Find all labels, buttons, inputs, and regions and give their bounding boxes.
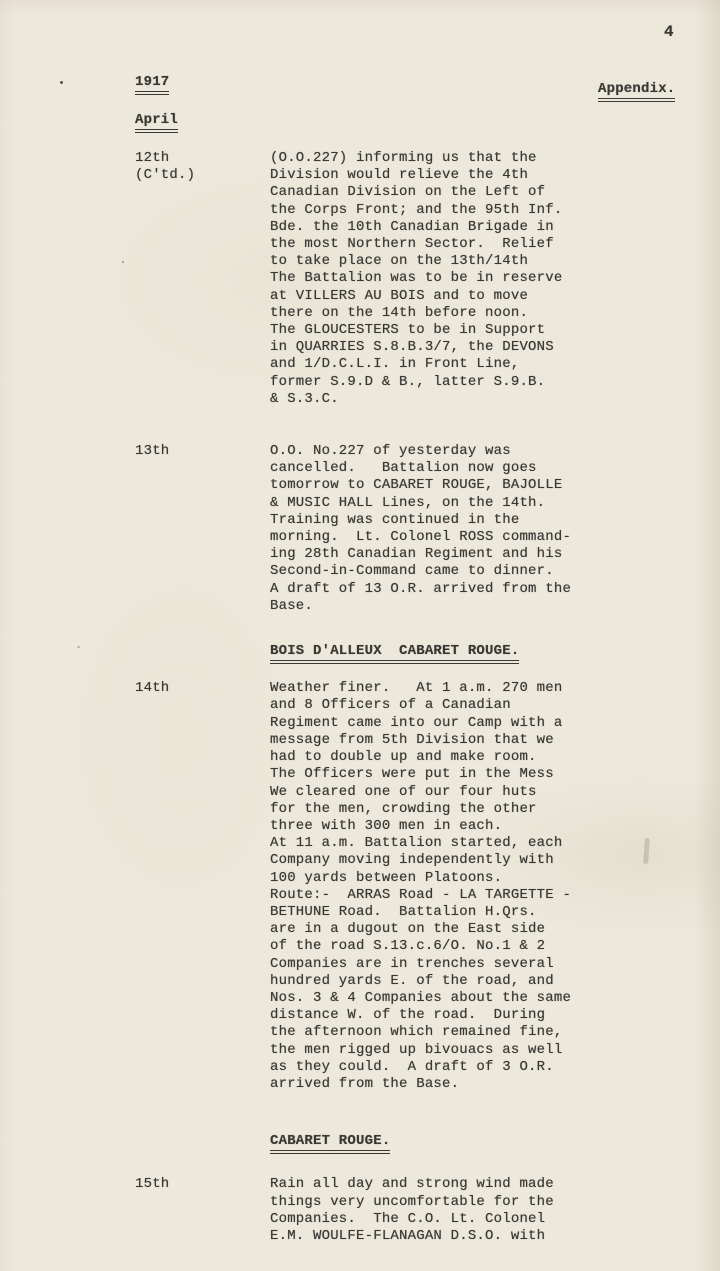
diary-page: 4 1917 Appendix. April 12th(C'td.) (O.O.…	[0, 0, 720, 1271]
diary-line: the Corps Front; and the 95th Inf.	[270, 202, 695, 219]
diary-line: Companies are in trenches several	[270, 956, 695, 973]
diary-line: Regiment came into our Camp with a	[270, 715, 695, 732]
entry-date-line: (C'td.)	[135, 167, 270, 184]
diary-line: there on the 14th before noon.	[270, 305, 695, 322]
diary-line: Second-in-Command came to dinner.	[270, 563, 695, 580]
diary-line: Route:- ARRAS Road - LA TARGETTE -	[270, 887, 695, 904]
diary-entry: 12th(C'td.) (O.O.227) informing us that …	[135, 150, 695, 408]
entry-date: 12th(C'td.)	[135, 150, 270, 184]
diary-line: At 11 a.m. Battalion started, each	[270, 835, 695, 852]
entry-text: Rain all day and strong wind madethings …	[270, 1176, 695, 1245]
year-label: 1917	[135, 74, 169, 95]
diary-line: at VILLERS AU BOIS and to move	[270, 288, 695, 305]
entry-date-line: 13th	[135, 443, 270, 460]
diary-line: The Officers were put in the Mess	[270, 766, 695, 783]
section-heading-block: CABARET ROUGE.	[135, 1131, 695, 1154]
diary-line: in QUARRIES S.8.B.3/7, the DEVONS	[270, 339, 695, 356]
diary-line: (O.O.227) informing us that the	[270, 150, 695, 167]
diary-line: tomorrow to CABARET ROUGE, BAJOLLE	[270, 477, 695, 494]
entry-date: 13th	[135, 443, 270, 460]
diary-line: Rain all day and strong wind made	[270, 1176, 695, 1193]
diary-line: Base.	[270, 598, 695, 615]
diary-line: Companies. The C.O. Lt. Colonel	[270, 1211, 695, 1228]
paper-speck	[60, 81, 63, 84]
entry-date-line: 15th	[135, 1176, 270, 1193]
diary-line: former S.9.D & B., latter S.9.B.	[270, 374, 695, 391]
diary-line: had to double up and make room.	[270, 749, 695, 766]
section-heading: CABARET ROUGE.	[270, 1133, 390, 1154]
diary-line: of the road S.13.c.6/O. No.1 & 2	[270, 938, 695, 955]
diary-entry: 14th Weather finer. At 1 a.m. 270 menand…	[135, 680, 695, 1093]
diary-line: morning. Lt. Colonel ROSS command-	[270, 529, 695, 546]
diary-line: Bde. the 10th Canadian Brigade in	[270, 219, 695, 236]
diary-line: O.O. No.227 of yesterday was	[270, 443, 695, 460]
diary-line: Nos. 3 & 4 Companies about the same	[270, 990, 695, 1007]
diary-line: the afternoon which remained fine,	[270, 1024, 695, 1041]
diary-line: things very uncomfortable for the	[270, 1194, 695, 1211]
diary-line: ing 28th Canadian Regiment and his	[270, 546, 695, 563]
diary-line: and 1/D.C.L.I. in Front Line,	[270, 356, 695, 373]
diary-line: Weather finer. At 1 a.m. 270 men	[270, 680, 695, 697]
entry-text: (O.O.227) informing us that theDivision …	[270, 150, 695, 408]
diary-line: are in a dugout on the East side	[270, 921, 695, 938]
diary-line: to take place on the 13th/14th	[270, 253, 695, 270]
diary-line: We cleared one of our four huts	[270, 784, 695, 801]
diary-line: Division would relieve the 4th	[270, 167, 695, 184]
diary-line: arrived from the Base.	[270, 1076, 695, 1093]
diary-line: A draft of 13 O.R. arrived from the	[270, 581, 695, 598]
diary-line: message from 5th Division that we	[270, 732, 695, 749]
entry-text: O.O. No.227 of yesterday wascancelled. B…	[270, 443, 695, 615]
diary-line: & MUSIC HALL Lines, on the 14th.	[270, 495, 695, 512]
entry-date-line: 12th	[135, 150, 270, 167]
diary-line: 100 yards between Platoons.	[270, 870, 695, 887]
diary-line: the most Northern Sector. Relief	[270, 236, 695, 253]
section-heading-block: BOIS D'ALLEUX CABARET ROUGE.	[135, 641, 695, 664]
diary-line: Company moving independently with	[270, 852, 695, 869]
paper-speck	[122, 261, 124, 263]
entry-date: 14th	[135, 680, 270, 697]
diary-line: & S.3.C.	[270, 391, 695, 408]
diary-line: and 8 Officers of a Canadian	[270, 697, 695, 714]
entry-date: 15th	[135, 1176, 270, 1193]
diary-line: for the men, crowding the other	[270, 801, 695, 818]
diary-line: as they could. A draft of 3 O.R.	[270, 1059, 695, 1076]
diary-line: hundred yards E. of the road, and	[270, 973, 695, 990]
diary-entry: 15th Rain all day and strong wind madeth…	[135, 1176, 695, 1245]
diary-line: E.M. WOULFE-FLANAGAN D.S.O. with	[270, 1228, 695, 1245]
paper-speck	[77, 646, 80, 648]
diary-entry: 13th O.O. No.227 of yesterday wascancell…	[135, 443, 695, 615]
entry-text: Weather finer. At 1 a.m. 270 menand 8 Of…	[270, 680, 695, 1093]
diary-line: The Battalion was to be in reserve	[270, 270, 695, 287]
diary-line: BETHUNE Road. Battalion H.Qrs.	[270, 904, 695, 921]
diary-line: cancelled. Battalion now goes	[270, 460, 695, 477]
month-label: April	[135, 112, 178, 133]
entry-date-line: 14th	[135, 680, 270, 697]
diary-line: three with 300 men in each.	[270, 818, 695, 835]
diary-line: Training was continued in the	[270, 512, 695, 529]
diary-entries: 12th(C'td.) (O.O.227) informing us that …	[135, 150, 695, 1245]
diary-line: the men rigged up bivouacs as well	[270, 1042, 695, 1059]
appendix-label: Appendix.	[598, 81, 675, 102]
diary-line: Canadian Division on the Left of	[270, 184, 695, 201]
section-heading: BOIS D'ALLEUX CABARET ROUGE.	[270, 643, 519, 664]
diary-line: The GLOUCESTERS to be in Support	[270, 322, 695, 339]
page-number: 4	[664, 24, 674, 41]
diary-line: distance W. of the road. During	[270, 1007, 695, 1024]
